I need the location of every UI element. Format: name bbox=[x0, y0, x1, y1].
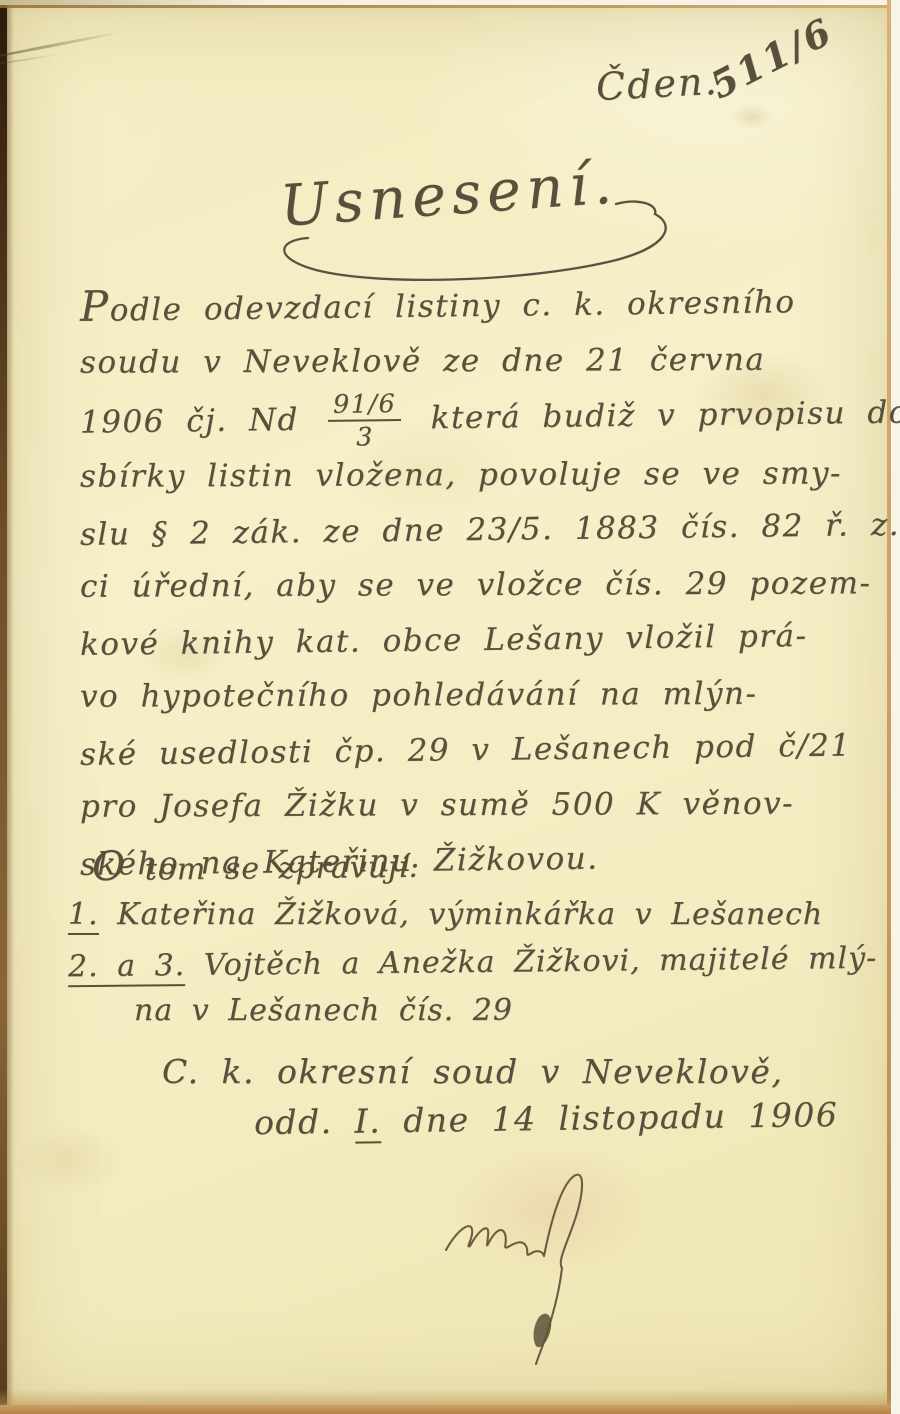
paragraph-line-3: 1906 čj. Nd 91/6 3 která budiž v prvopis… bbox=[80, 384, 881, 453]
closing-block: C. k. okresní soud v Neveklově, odd. I. … bbox=[162, 1048, 838, 1142]
signature-stroke bbox=[446, 1226, 544, 1256]
department-label: odd. bbox=[254, 1102, 333, 1142]
notified-party-2-3: 2. a 3. Vojtěch a Anežka Žižkovi, majite… bbox=[68, 935, 888, 992]
date-text: dne 14 listopadu 1906 bbox=[403, 1095, 839, 1140]
paragraph-line-7: kové knihy kat. obce Lešany vložil prá- bbox=[80, 608, 881, 673]
paper-edge-right-line bbox=[887, 0, 891, 1414]
paper-edge-top-line bbox=[0, 5, 900, 8]
case-number-prefix: 1906 čj. Nd bbox=[80, 402, 299, 441]
paragraph-line-2: soudu v Neveklově ze dne 21 června bbox=[80, 332, 880, 390]
paragraph-line-9: ské usedlosti čp. 29 v Lešanech pod č/21 bbox=[80, 718, 881, 783]
list-number-2-3: 2. a 3. bbox=[68, 948, 186, 987]
resolution-paragraph: Podle odevzdací listiny c. k. okresního … bbox=[80, 274, 880, 888]
ink-blot bbox=[534, 1314, 552, 1348]
notified-party-2-3-text: Vojtěch a Anežka Žižkovi, majitelé mlý- bbox=[204, 941, 878, 983]
paragraph-line-10: pro Josefa Žižku v sumě 500 K věnov- bbox=[80, 777, 880, 835]
notification-block: O tom se zpravují: 1. Kateřina Žižková, … bbox=[68, 838, 888, 1035]
paragraph-line-4: sbírky listin vložena, povoluje se ve sm… bbox=[80, 447, 880, 505]
date-line: odd. I. dne 14 listopadu 1906 bbox=[254, 1091, 839, 1146]
paragraph-line-8: vo hypotečního pohledávání na mlýn- bbox=[80, 667, 880, 725]
paper-edge-bottom bbox=[0, 1405, 891, 1414]
fraction-numerator: 91/6 bbox=[328, 390, 401, 422]
list-number-1: 1. bbox=[68, 897, 99, 935]
fraction-denominator: 3 bbox=[328, 421, 401, 451]
journal-number: 511/6 bbox=[703, 9, 840, 108]
paper-edge-right bbox=[891, 0, 900, 1414]
paper-edge-bottom-shadow bbox=[0, 1389, 891, 1405]
notified-party-1: 1. Kateřina Žižková, výminkářka v Lešane… bbox=[68, 891, 888, 939]
paragraph-line-1: Podle odevzdací listiny c. k. okresního bbox=[80, 269, 881, 339]
paragraph-line-6: ci úřední, aby se ve vložce čís. 29 poze… bbox=[80, 557, 880, 615]
paragraph-line-3-continued: která budiž v prvopisu do bbox=[430, 394, 900, 436]
notified-party-continued: na v Lešanech čís. 29 bbox=[134, 987, 888, 1035]
notified-parties-heading: O tom se zpravují: bbox=[92, 834, 889, 895]
journal-label: Čden. bbox=[595, 59, 720, 109]
case-number-fraction: 91/6 3 bbox=[328, 390, 402, 450]
paragraph-line-5: slu § 2 zák. ze dne 23/5. 1883 čís. 82 ř… bbox=[80, 498, 881, 563]
department-number: I. bbox=[354, 1101, 381, 1143]
paper-edge-left-shadow bbox=[7, 0, 14, 1414]
scanned-document-page: Čden. 511/6 Usnesení. Podle odevzdací li… bbox=[0, 0, 900, 1414]
notified-party-1-text: Kateřina Žižková, výminkářka v Lešanech bbox=[117, 897, 823, 932]
signature-loop bbox=[544, 1175, 582, 1268]
court-name: C. k. okresní soud v Neveklově, bbox=[162, 1048, 838, 1095]
paper-edge-left bbox=[0, 0, 7, 1414]
signature bbox=[438, 1168, 650, 1370]
